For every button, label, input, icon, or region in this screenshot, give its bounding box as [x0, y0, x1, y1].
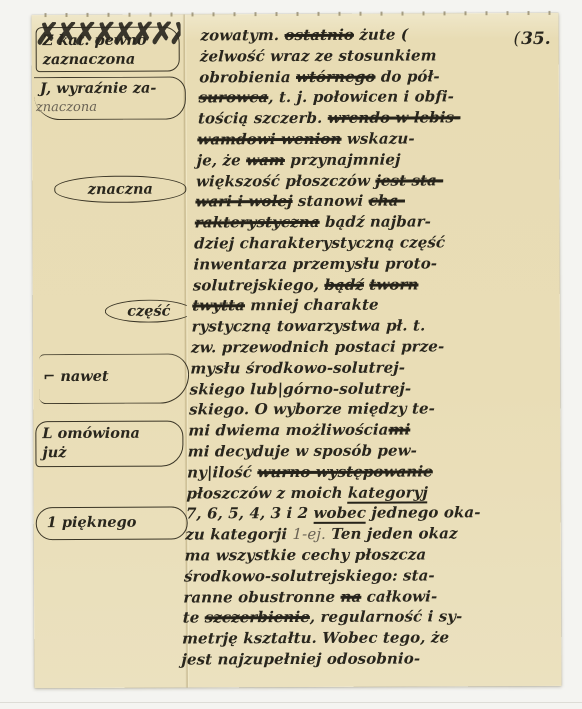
text-line: twytta mniej charakte [192, 294, 558, 316]
text-line: płoszczów z moich kategoryj [186, 481, 552, 503]
text-line: tością szczerb. wrendo w lebis- [198, 107, 564, 129]
text-segment: zw. przewodnich postaci prze- [191, 337, 445, 356]
struck-text-segment: surowca [198, 89, 268, 107]
text-line: zowatym. ostatnio żute ( [200, 24, 566, 46]
paren-mark: ( [513, 29, 520, 49]
text-line: 7, 6, 5, 4, 3 i 2 wobec jednego oka- [186, 502, 552, 524]
struck-text-segment: cha- [368, 192, 405, 210]
text-line: skiego lub|górno-solutrej- [189, 377, 555, 399]
text-segment: środkowo-solutrejskiego: sta- [184, 566, 435, 585]
page-number: (35. [513, 29, 550, 49]
text-segment: Ten jeden okaz [326, 524, 458, 543]
text-segment: płoszczów z moich [186, 483, 348, 502]
text-line: żelwość wraz ze stosunkiem [200, 45, 566, 67]
text-segment: bądź najbar- [319, 213, 431, 231]
text-line: zu kategorji 1-ej. Ten jeden okaz [185, 523, 551, 545]
text-segment: mi decyduje w sposób pew- [188, 441, 418, 460]
text-segment: tością szczerb. [198, 109, 328, 128]
struck-text-segment: rakterystyczna [195, 213, 320, 232]
text-segment: ranne obustronne [183, 587, 341, 606]
text-segment: inwentarza przemysłu proto- [193, 254, 437, 273]
text-segment: przynajmniej [285, 150, 401, 169]
text-line: wari i wolej stanowi cha- [195, 190, 561, 212]
text-line: te szczerbienie, regularność i sy- [182, 606, 548, 628]
manuscript-paper: Z kat. pewnozaznaczona✗✗✗✗✗✗✗✗✗✗✗✗✗✗J, w… [32, 13, 562, 688]
margin-note-line: L omówiona [42, 424, 176, 444]
text-segment: ny|ilość [187, 463, 258, 481]
text-segment: całkowi- [361, 587, 438, 605]
text-segment: skiego lub|górno-solutrej- [189, 379, 411, 398]
text-line: obrobienia wtórnego do pół- [199, 65, 565, 87]
struck-text-segment: twytta [192, 297, 245, 315]
struck-text-segment: ostatnio [284, 26, 354, 44]
text-segment: wobec [313, 504, 366, 524]
text-segment: żelwość wraz ze stosunkiem [200, 46, 437, 65]
margin-note-wyraznie-zaznaczona: J, wyraźnie za-znaczona [34, 76, 186, 120]
scanner-edge-line [0, 702, 582, 703]
text-line: dziej charakterystyczną część [194, 232, 560, 254]
text-segment: , regularność i sy- [310, 608, 463, 627]
text-segment: większość płoszczów [196, 171, 376, 190]
text-segment: te [182, 609, 205, 627]
struck-text-segment: wamdowi wenion [197, 130, 342, 149]
text-segment: 7, 6, 5, 4, 3 i 2 [186, 504, 314, 523]
text-segment: skiego. O wyborze między te- [189, 400, 435, 419]
text-line: wamdowi wenion wskazu- [197, 128, 563, 150]
struck-text-segment: wari i wolej [195, 192, 293, 210]
text-segment: 1-ej. [292, 525, 326, 543]
margin-note-line: 1 pięknego [47, 513, 179, 533]
margin-annotations-column: Z kat. pewnozaznaczona✗✗✗✗✗✗✗✗✗✗✗✗✗✗J, w… [32, 14, 187, 688]
text-segment: obrobienia [199, 68, 296, 86]
text-line: ma wszystkie cechy płoszcza [184, 544, 550, 566]
text-segment: stanowi [292, 192, 369, 210]
text-segment: dziej charakterystyczną część [194, 233, 446, 252]
margin-note-line: ⌐ nawet [43, 366, 188, 386]
margin-note-line: znaczona [36, 98, 181, 118]
struck-text-segment: szczerbienie [204, 608, 310, 626]
text-segment: ma wszystkie cechy płoszcza [184, 545, 426, 564]
struck-text-segment: wtórnego [296, 67, 376, 85]
struck-text-segment: bądź [324, 275, 364, 293]
margin-note-nawet: ⌐ nawet [39, 353, 189, 404]
scanned-manuscript-page: { "document": { "page_number": "35.", "d… [0, 0, 582, 709]
text-line: metrję kształtu. Wobec tego, że [182, 627, 548, 649]
struck-text-segment: wrendo w lebis- [327, 108, 460, 127]
handwritten-text-column: zowatym. ostatnio żute (żelwość wraz ze … [181, 24, 566, 670]
struck-text-segment: na [340, 587, 361, 605]
margin-note-line: znaczna [57, 179, 183, 199]
text-segment: jednego oka- [366, 504, 481, 523]
text-segment: zowatym. [200, 26, 285, 44]
text-segment: wskazu- [341, 129, 415, 147]
text-line: solutrejskiego, bądź tworn [193, 273, 559, 295]
text-segment: je, że [196, 151, 246, 169]
text-line: większość płoszczów jest sta- [196, 169, 562, 191]
margin-note-line: zaznaczona [43, 50, 173, 70]
struck-text-segment: tworn [369, 275, 419, 293]
text-line: rystyczną towarzystwa pł. t. [191, 315, 557, 337]
text-segment: , t. j. połowicen i obfi- [268, 88, 454, 107]
text-line: mi dwiema możliwościami [188, 419, 554, 441]
margin-note-pieknego: 1 pięknego [36, 506, 188, 540]
margin-note-line: część [108, 301, 190, 320]
text-line: środkowo-solutrejskiego: sta- [184, 565, 550, 587]
text-line: zw. przewodnich postaci prze- [191, 336, 557, 358]
text-segment: rystyczną towarzystwa pł. t. [191, 317, 425, 336]
text-segment: zu kategorji [185, 525, 293, 543]
margin-note-czesc: część [105, 299, 193, 322]
text-segment: kategoryj [348, 483, 429, 503]
text-line: mi decyduje w sposób pew- [187, 440, 553, 462]
struck-text-segment: mi [388, 421, 410, 439]
text-segment: mysłu środkowo-solutrej- [190, 358, 405, 377]
text-segment: metrję kształtu. Wobec tego, że [182, 628, 450, 647]
text-line: ny|ilość wurno występowanie [187, 461, 553, 483]
struck-text-segment: jest sta- [375, 171, 443, 189]
margin-note-line: już [42, 443, 176, 463]
text-segment: do pół- [375, 67, 440, 85]
text-line: mysłu środkowo-solutrej- [190, 357, 556, 379]
margin-note-line: Z kat. pewno [43, 31, 173, 51]
text-segment: mi dwiema możliwościa [188, 421, 389, 440]
text-line: ranne obustronne na całkowi- [183, 585, 549, 607]
text-segment: żute ( [354, 26, 409, 44]
margin-note-zaznaczona-crossed: Z kat. pewnozaznaczona✗✗✗✗✗✗✗✗✗✗✗✗✗✗ [36, 27, 180, 73]
margin-note-omowiona-juz: L omówionajuż [35, 420, 183, 467]
text-segment: solutrejskiego, [193, 275, 325, 294]
text-line: jest najzupełniej odosobnio- [181, 648, 547, 670]
text-line: rakterystyczna bądź najbar- [194, 211, 560, 233]
margin-note-znaczna: znaczna [54, 175, 186, 203]
struck-text-segment: wam [246, 151, 285, 169]
text-line: skiego. O wyborze między te- [189, 398, 555, 420]
page-number-value: 35. [521, 29, 551, 49]
text-segment: mniej charakte [245, 296, 379, 315]
text-line: je, że wam przynajmniej [196, 149, 562, 171]
struck-text-segment: wurno występowanie [257, 462, 433, 481]
text-line: surowca, t. j. połowicen i obfi- [198, 86, 564, 108]
text-segment: jest najzupełniej odosobnio- [181, 649, 420, 668]
text-line: inwentarza przemysłu proto- [193, 253, 559, 275]
margin-note-line: J, wyraźnie za- [40, 79, 181, 99]
